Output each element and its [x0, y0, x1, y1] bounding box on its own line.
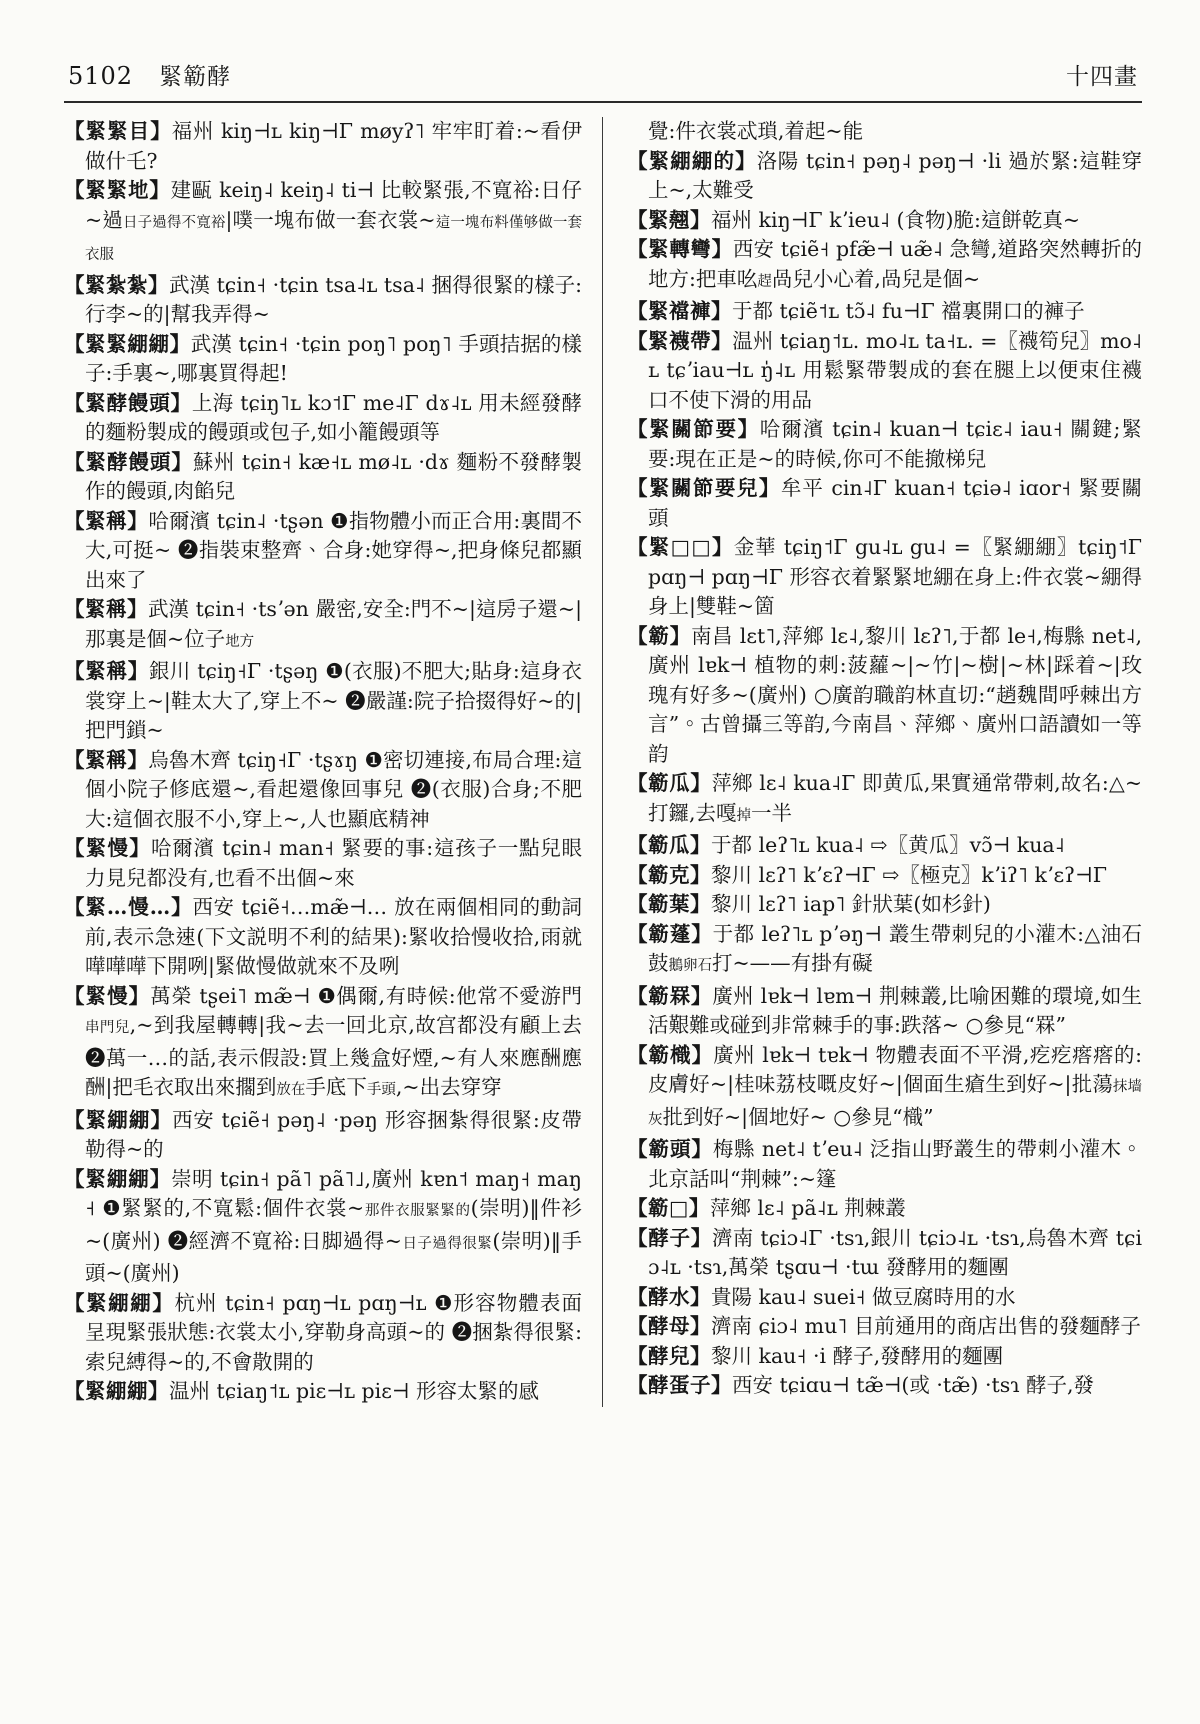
entry-headword: 【簕葉】 — [627, 892, 711, 916]
entry-body: 萍鄉 lɛ˨ kua˨Γ 即黄瓜,果實通常帶刺,故名:△~打鑼,去嘎 — [648, 771, 1142, 825]
entry-body: 西安 tɕiɑu⊣ tæ̃⊣(或 ·tæ̃) ·tsɿ 酵子,發 — [732, 1373, 1094, 1397]
entry-body: 批到好~|個地好~ ○參見“樴” — [663, 1105, 934, 1129]
dictionary-entry: 【簕樴】廣州 lɐk⊣ tɐk⊣ 物體表面不平滑,疙疙瘩瘩的:皮膚好~|桂味荔枝… — [627, 1041, 1142, 1136]
entry-headword: 【緊慢】 — [64, 836, 151, 860]
entry-headword: 【緊襠褲】 — [627, 299, 732, 323]
entry-body: 手底下 — [305, 1075, 367, 1099]
gloss-annotation: 手頭 — [367, 1082, 396, 1098]
entry-headword: 【緊綳綳】 — [64, 1108, 172, 1132]
dictionary-entry: 【緊紮紮】武漢 tɕin˧ ·tɕin tsa˨ʟ tsa˨ 捆得很緊的樣子:行… — [64, 271, 582, 330]
entry-body: 萬榮 tʂei˥ mæ̃⊣ ❶偶爾,有時候:他常不愛游門 — [150, 984, 582, 1008]
gloss-annotation: 串門兒 — [85, 1020, 130, 1036]
entry-body: 廣州 lɐk⊣ lɐm⊣ 荆棘叢,比喻困難的環境,如生活艱難或碰到非常棘手的事:… — [648, 984, 1142, 1038]
gloss-annotation: 掉 — [737, 808, 752, 824]
dictionary-entry: 【緊緊目】福州 kiŋ⊣ʟ kiŋ⊣Γ møyʔ˥ 牢牢盯着:~看伊做什乇? — [64, 117, 582, 176]
entry-headword: 【緊…慢…】 — [64, 895, 193, 919]
gloss-annotation: 趕 — [757, 274, 772, 290]
dictionary-entry: 【簕】南昌 lɛt˥,萍鄉 lɛ˨,黎川 lɛʔ˥,于都 le˧,梅縣 net˨… — [627, 622, 1142, 770]
entry-body: 濟南 ɕiɔ˨ mu˥ 目前通用的商店出售的發麵酵子 — [711, 1314, 1141, 1338]
dictionary-entry: 【緊酵饅頭】上海 tɕiŋ˥ʟ kɔ˦Γ me˨Γ dɤ˨ʟ 用未經發酵的麵粉製… — [64, 389, 582, 448]
entry-body: 萍鄉 lɛ˨ pã˨ʟ 荆棘叢 — [710, 1196, 906, 1220]
entry-headword: 【酵水】 — [627, 1285, 711, 1309]
entry-body: 福州 kiŋ⊣Γ kʼieu˨ (食物)脆:這餅乾真~ — [711, 208, 1080, 232]
dictionary-entry: 【簕罧】廣州 lɐk⊣ lɐm⊣ 荆棘叢,比喻困難的環境,如生活艱難或碰到非常棘… — [627, 982, 1142, 1041]
entry-body: 梅縣 net˨ tʼeu˨ 泛指山野叢生的帶刺小灌木。北京話叫“荆棘”:~篷 — [648, 1137, 1142, 1191]
page-number: 5102 — [68, 62, 133, 90]
dictionary-entry: 【簕克】黎川 lɛʔ˥ kʼɛʔ⊣Γ ⇨〖極克〗kʼiʔ˥ kʼɛʔ⊣Γ — [627, 861, 1142, 891]
entry-headword: 【緊緊地】 — [64, 178, 171, 202]
dictionary-entry: 【緊綳綳的】洛陽 tɕin˧ pəŋ˨ pəŋ⊣ ·li 過於緊:這鞋穿上~,太… — [627, 147, 1142, 206]
entry-body: 覺:件衣裳忒瑣,着起~能 — [648, 119, 863, 143]
entry-body: 廣州 lɐk⊣ tɐk⊣ 物體表面不平滑,疙疙瘩瘩的:皮膚好~|桂味荔枝嘅皮好~… — [648, 1043, 1142, 1097]
gloss-annotation: 日子過得不寬裕 — [123, 215, 226, 231]
entry-headword: 【簕蓬】 — [627, 922, 713, 946]
dictionary-entry: 【緊緊地】建甌 keiŋ˨ keiŋ˨ ti⊣ 比較緊張,不寬裕:日仔~過日子過… — [64, 176, 582, 271]
dictionary-entry: 【緊酵饅頭】蘇州 tɕin˧ kæ˧ʟ mø˨ʟ ·dɤ 麵粉不發酵製作的饅頭,… — [64, 448, 582, 507]
dictionary-entry: 【緊綳綳】温州 tɕiaŋ˦ʟ piɛ⊣ʟ piɛ⊣ 形容太緊的感 — [64, 1377, 582, 1407]
entry-headword: 【緊翹】 — [627, 208, 711, 232]
entry-headword: 【緊綳綳的】 — [627, 149, 757, 173]
entry-body: |噗一塊布做一套衣裳~ — [226, 208, 436, 232]
entry-headword: 【緊關節要兒】 — [627, 476, 781, 500]
right-column: 覺:件衣裳忒瑣,着起~能【緊綳綳的】洛陽 tɕin˧ pəŋ˨ pəŋ⊣ ·li… — [603, 117, 1142, 1407]
dictionary-entry: 【緊…慢…】西安 tɕiẽ˧…mæ̃⊣… 放在兩個相同的動詞前,表示急速(下文説… — [64, 893, 582, 982]
entry-headword: 【緊稱】 — [64, 748, 148, 772]
entry-headword: 【酵子】 — [627, 1226, 712, 1250]
entry-body: 烏魯木齊 tɕiŋ˧Γ ·tʂɤŋ ❶密切連接,布局合理:這個小院子修底還~,看… — [85, 748, 582, 831]
entry-headword: 【緊綳綳】 — [64, 1291, 174, 1315]
dictionary-entry: 【緊慢】萬榮 tʂei˥ mæ̃⊣ ❶偶爾,有時候:他常不愛游門串門兒,~到我屋… — [64, 982, 582, 1106]
running-head: 5102 緊簕酵 十四畫 — [64, 58, 1142, 101]
entry-headword: 【緊綳綳】 — [64, 1379, 169, 1403]
dictionary-entry: 【緊稱】哈爾濱 tɕin˨ ·tʂən ❶指物體小而正合用:裏間不大,可挺~ ❷… — [64, 507, 582, 596]
dictionary-entry: 【緊緊綳綳】武漢 tɕin˧ ·tɕin poŋ˥ poŋ˥ 手頭拮据的樣子:手… — [64, 330, 582, 389]
header-rule — [64, 101, 1142, 103]
entry-headword: 【簕】 — [627, 624, 691, 648]
entry-headword: 【緊綳綳】 — [64, 1167, 171, 1191]
dictionary-entry: 【緊翹】福州 kiŋ⊣Γ kʼieu˨ (食物)脆:這餅乾真~ — [627, 206, 1142, 236]
section-label: 十四畫 — [1066, 58, 1138, 91]
text-columns: 【緊緊目】福州 kiŋ⊣ʟ kiŋ⊣Γ møyʔ˥ 牢牢盯着:~看伊做什乇?【緊… — [64, 117, 1142, 1407]
entry-headword: 【緊酵饅頭】 — [64, 450, 193, 474]
entry-body: 打~——有掛有礙 — [712, 951, 873, 975]
entry-body: 哈爾濱 tɕin˨ man˧ 緊要的事:這孩子一點兒眼力見兒都没有,也看不出個~… — [85, 836, 582, 890]
entry-headword: 【緊關節要】 — [627, 417, 760, 441]
entry-headword: 【緊稱】 — [64, 659, 149, 683]
entry-headword: 【緊襪帶】 — [627, 329, 732, 353]
gloss-annotation: 那件衣服緊緊的 — [364, 1203, 470, 1219]
entry-body: 黎川 lɛʔ˥ iap˥ 針狀葉(如杉針) — [711, 892, 991, 916]
gloss-annotation: 放在 — [276, 1082, 305, 1098]
entry-headword: 【簕瓜】 — [627, 771, 711, 795]
entry-headword: 【緊酵饅頭】 — [64, 391, 192, 415]
dictionary-entry: 【簕□】萍鄉 lɛ˨ pã˨ʟ 荆棘叢 — [627, 1194, 1142, 1224]
entry-headword: 【簕樴】 — [627, 1043, 713, 1067]
entry-headword: 【簕瓜】 — [627, 833, 711, 857]
entry-continuation: 覺:件衣裳忒瑣,着起~能 — [627, 117, 1142, 147]
entry-headword: 【緊慢】 — [64, 984, 150, 1008]
dictionary-entry: 【緊稱】武漢 tɕin˧ ·tsʼən 嚴密,安全:門不~|這房子還~|那裏是個… — [64, 595, 582, 657]
dictionary-entry: 【緊稱】銀川 tɕiŋ˧Γ ·tʂəŋ ❶(衣服)不肥大;貼身:這身衣裳穿上~|… — [64, 657, 582, 746]
dictionary-entry: 【緊稱】烏魯木齊 tɕiŋ˧Γ ·tʂɤŋ ❶密切連接,布局合理:這個小院子修底… — [64, 746, 582, 835]
entry-body: 銀川 tɕiŋ˧Γ ·tʂəŋ ❶(衣服)不肥大;貼身:這身衣裳穿上~|鞋太大了… — [85, 659, 582, 742]
dictionary-entry: 【酵蛋子】西安 tɕiɑu⊣ tæ̃⊣(或 ·tæ̃) ·tsɿ 酵子,發 — [627, 1371, 1142, 1401]
gloss-annotation: 鵝卵石 — [669, 958, 713, 974]
dictionary-page: 5102 緊簕酵 十四畫 【緊緊目】福州 kiŋ⊣ʟ kiŋ⊣Γ møyʔ˥ 牢… — [0, 0, 1200, 1724]
dictionary-entry: 【緊綳綳】崇明 tɕin˧ pã˥ pã˥˩,廣州 kɐn˦ maŋ˧ maŋ˧… — [64, 1165, 582, 1289]
dictionary-entry: 【緊襪帶】温州 tɕiaŋ˦ʟ. mo˨ʟ ta˧ʟ. =〖襪笱兒〗mo˨ʟ t… — [627, 327, 1142, 416]
entry-headword: 【緊稱】 — [64, 509, 148, 533]
entry-headword: 【緊轉彎】 — [627, 237, 733, 261]
entry-headword: 【緊□□】 — [627, 535, 734, 559]
entry-headword: 【簕罧】 — [627, 984, 712, 1008]
entry-headword: 【酵兒】 — [627, 1344, 711, 1368]
dictionary-entry: 【酵子】濟南 tɕiɔ˨Γ ·tsɿ,銀川 tɕiɔ˨ʟ ·tsɿ,烏魯木齊 t… — [627, 1224, 1142, 1283]
entry-body: 南昌 lɛt˥,萍鄉 lɛ˨,黎川 lɛʔ˥,于都 le˧,梅縣 net˨,廣州… — [648, 624, 1142, 766]
dictionary-entry: 【簕頭】梅縣 net˨ tʼeu˨ 泛指山野叢生的帶刺小灌木。北京話叫“荆棘”:… — [627, 1135, 1142, 1194]
entry-body: 黎川 lɛʔ˥ kʼɛʔ⊣Γ ⇨〖極克〗kʼiʔ˥ kʼɛʔ⊣Γ — [711, 863, 1107, 887]
dictionary-entry: 【簕瓜】于都 leʔ˥ʟ kua˨ ⇨〖黄瓜〗vɔ̃⊣ kua˨ — [627, 831, 1142, 861]
entry-headword: 【緊稱】 — [64, 597, 148, 621]
dictionary-entry: 【緊綳綳】西安 tɕiẽ˧ pəŋ˨ ·pəŋ 形容捆紮得很緊:皮帶勒得~的 — [64, 1106, 582, 1165]
dictionary-entry: 【緊關節要】哈爾濱 tɕin˨ kuan⊣ tɕiɛ˨ iau˧ 關鍵;緊要:現… — [627, 415, 1142, 474]
entry-body: 于都 tɕiẽ˦ʟ tɔ̃˨ fu⊣Γ 襠裏開口的褲子 — [732, 299, 1085, 323]
dictionary-entry: 【緊□□】金華 tɕiŋ˦Γ gu˨ʟ gu˨ =〖緊綳綳〗tɕiŋ˦Γ pɑŋ… — [627, 533, 1142, 622]
entry-body: 咼兒小心着,咼兒是個~ — [772, 267, 980, 291]
entry-body: 于都 leʔ˥ʟ kua˨ ⇨〖黄瓜〗vɔ̃⊣ kua˨ — [711, 833, 1065, 857]
entry-body: 一半 — [751, 801, 792, 825]
left-column: 【緊緊目】福州 kiŋ⊣ʟ kiŋ⊣Γ møyʔ˥ 牢牢盯着:~看伊做什乇?【緊… — [64, 117, 603, 1407]
dictionary-entry: 【酵水】貴陽 kau˨ suei˧ 做豆腐時用的水 — [627, 1283, 1142, 1313]
dictionary-entry: 【簕葉】黎川 lɛʔ˥ iap˥ 針狀葉(如杉針) — [627, 890, 1142, 920]
entry-body: 貴陽 kau˨ suei˧ 做豆腐時用的水 — [711, 1285, 1016, 1309]
entry-headword: 【酵母】 — [627, 1314, 711, 1338]
dictionary-entry: 【緊慢】哈爾濱 tɕin˨ man˧ 緊要的事:這孩子一點兒眼力見兒都没有,也看… — [64, 834, 582, 893]
entry-headword: 【緊紮紮】 — [64, 273, 169, 297]
entry-body: 武漢 tɕin˧ ·tsʼən 嚴密,安全:門不~|這房子還~|那裏是個~位子 — [85, 597, 582, 651]
entry-body: ,~出去穿穿 — [396, 1075, 502, 1099]
dictionary-entry: 【緊襠褲】于都 tɕiẽ˦ʟ tɔ̃˨ fu⊣Γ 襠裏開口的褲子 — [627, 297, 1142, 327]
entry-body: 黎川 kau˧ ·i 酵子,發酵用的麵團 — [711, 1344, 1003, 1368]
dictionary-entry: 【酵母】濟南 ɕiɔ˨ mu˥ 目前通用的商店出售的發麵酵子 — [627, 1312, 1142, 1342]
dictionary-entry: 【緊綳綳】杭州 tɕin˧ pɑŋ⊣ʟ pɑŋ⊣ʟ ❶形容物體表面呈現緊張狀態:… — [64, 1289, 582, 1378]
entry-body: 温州 tɕiaŋ˦ʟ piɛ⊣ʟ piɛ⊣ 形容太緊的感 — [169, 1379, 539, 1403]
gloss-annotation: 日子過得很緊 — [402, 1236, 492, 1252]
entry-headword: 【簕頭】 — [627, 1137, 713, 1161]
entry-body: 濟南 tɕiɔ˨Γ ·tsɿ,銀川 tɕiɔ˨ʟ ·tsɿ,烏魯木齊 tɕiɔ˨… — [648, 1226, 1142, 1280]
dictionary-entry: 【緊關節要兒】牟平 cin˨Γ kuan˧ tɕiə˨ iɑor˧ 緊要關頭 — [627, 474, 1142, 533]
entry-headword: 【緊緊綳綳】 — [64, 332, 191, 356]
gloss-annotation: 地方 — [225, 634, 254, 650]
entry-headword: 【酵蛋子】 — [627, 1373, 732, 1397]
header-guide-words: 緊簕酵 — [159, 58, 231, 91]
entry-body: 哈爾濱 tɕin˨ ·tʂən ❶指物體小而正合用:裏間不大,可挺~ ❷指裝束整… — [85, 509, 582, 592]
dictionary-entry: 【簕蓬】于都 leʔ˥ʟ pʼəŋ⊣ 叢生帶刺兒的小灌木:△油石鼓鵝卵石打~——… — [627, 920, 1142, 982]
entry-headword: 【簕克】 — [627, 863, 711, 887]
dictionary-entry: 【緊轉彎】西安 tɕiẽ˧ pfæ̃⊣ uæ̃˨ 急彎,道路突然轉折的地方:把車… — [627, 235, 1142, 297]
entry-headword: 【緊緊目】 — [64, 119, 172, 143]
dictionary-entry: 【酵兒】黎川 kau˧ ·i 酵子,發酵用的麵團 — [627, 1342, 1142, 1372]
dictionary-entry: 【簕瓜】萍鄉 lɛ˨ kua˨Γ 即黄瓜,果實通常帶刺,故名:△~打鑼,去嘎掉一… — [627, 769, 1142, 831]
entry-headword: 【簕□】 — [627, 1196, 710, 1220]
